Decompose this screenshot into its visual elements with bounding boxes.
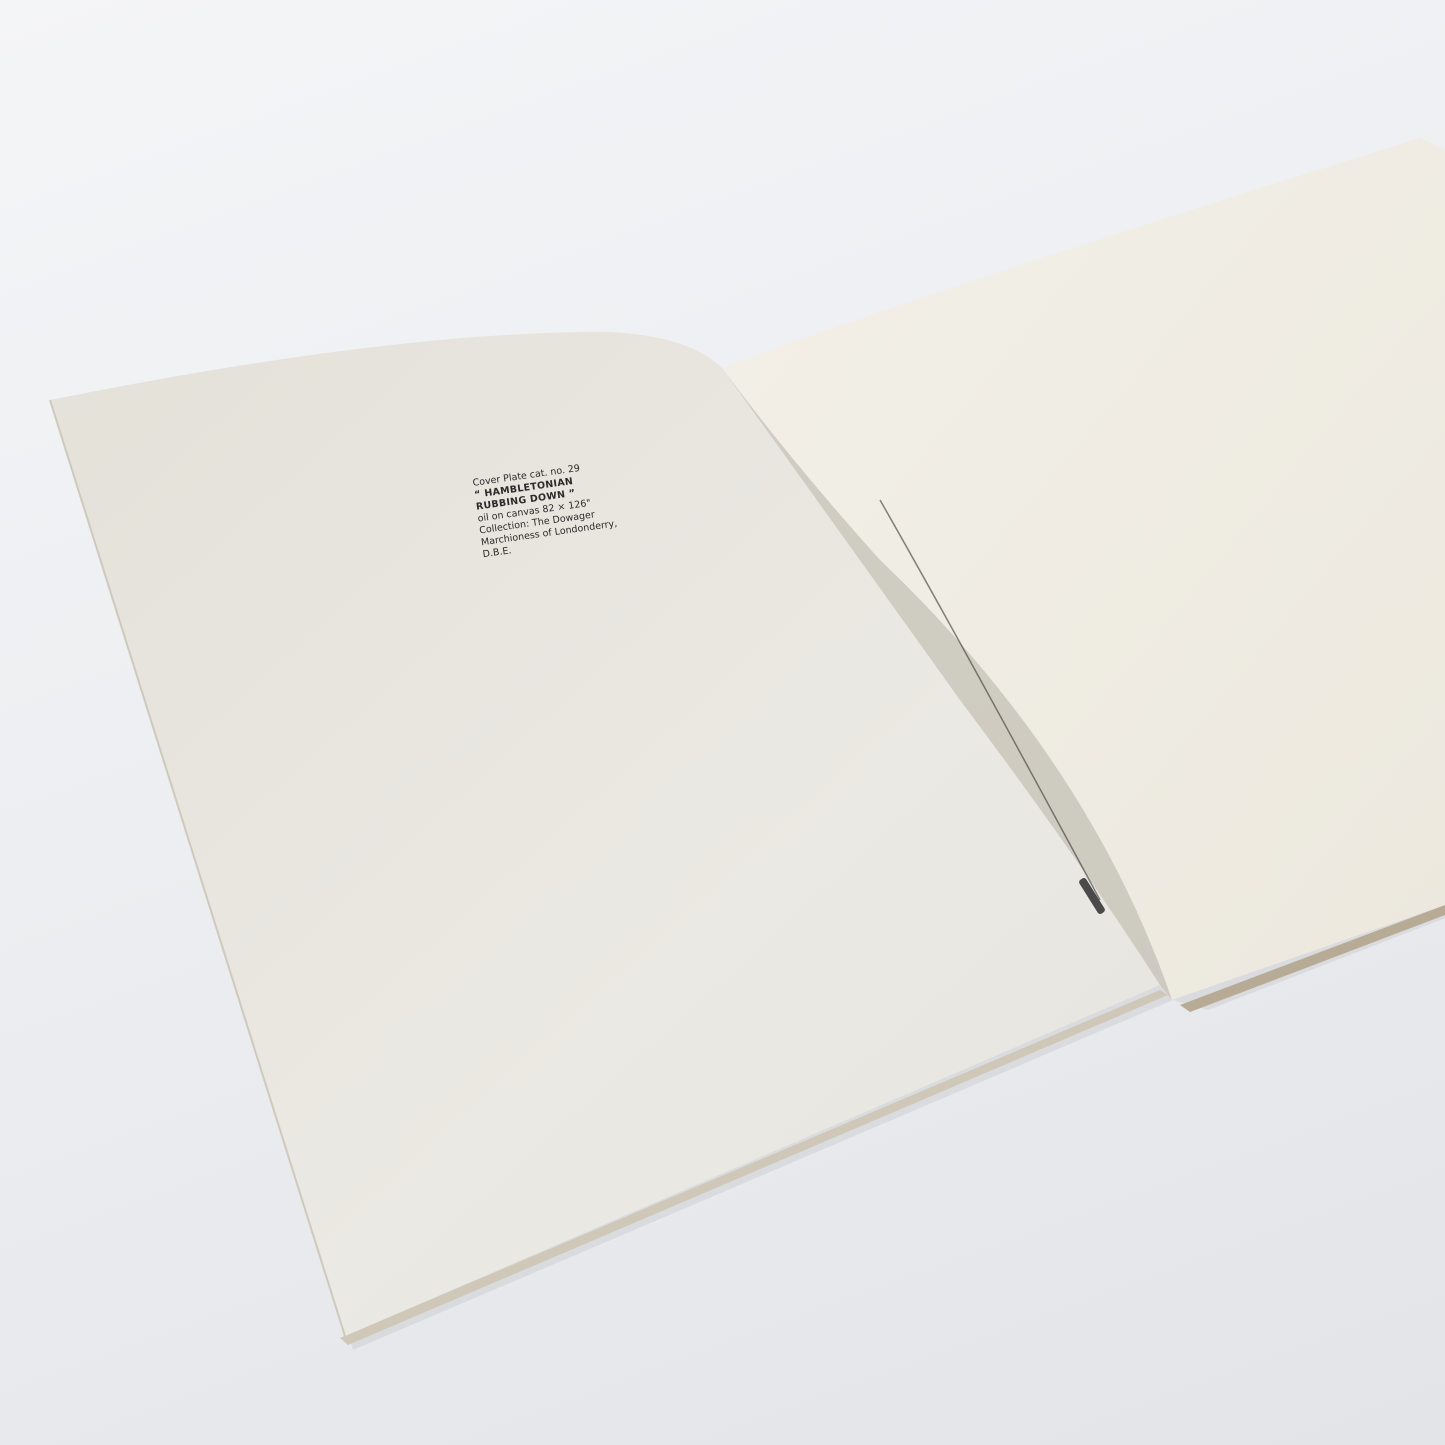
booklet-photo [0, 0, 1445, 1445]
